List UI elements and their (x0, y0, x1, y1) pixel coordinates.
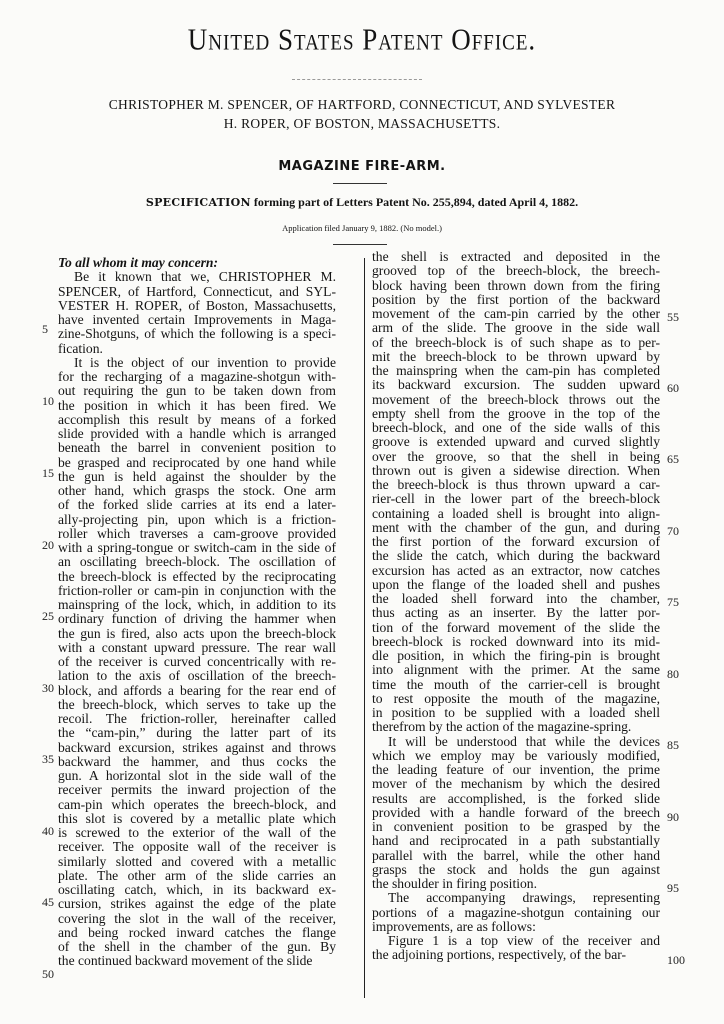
text-line: grooved top of the breech-block, the bre… (372, 264, 660, 278)
text-line: the first portion of the forward excursi… (372, 535, 660, 549)
text-line: its backward excursion. The sudden upwar… (372, 378, 660, 392)
text-line: block having been thrown down from the f… (372, 279, 660, 293)
title-divider (292, 79, 422, 80)
text-line: empty shell from the groove in the top o… (372, 407, 660, 421)
text-line: position by the first portion of the bac… (372, 293, 660, 307)
text-line: It will be understood that while the dev… (372, 735, 660, 749)
line-number: 10 (42, 394, 54, 409)
text-line: ment with the chamber of the gun, and du… (372, 521, 660, 535)
text-line: the breech-block is effected by the reci… (58, 570, 336, 584)
text-line: hand and reciprocated in a path substant… (372, 834, 660, 848)
invention-divider (333, 183, 387, 184)
text-line: tion of the forward movement of the slid… (372, 621, 660, 635)
text-line: improvements, are as follows: (372, 920, 660, 934)
text-line: To all whom it may concern: (58, 256, 336, 270)
text-line: cursion, strikes against the edge of the… (58, 897, 336, 911)
text-line: the mainspring when the cam-pin has comp… (372, 364, 660, 378)
text-line: The accompanying drawings, representing (372, 891, 660, 905)
text-line: oscillating catch, which, in its backwar… (58, 883, 336, 897)
text-line: receiver permits the inward projection o… (58, 783, 336, 797)
line-number: 5 (42, 322, 48, 337)
text-line: thus acting as an inserter. By the latte… (372, 606, 660, 620)
text-line: friction-roller or cam-pin in conjunctio… (58, 584, 336, 598)
line-number: 100 (667, 953, 685, 968)
text-line: covering the slot in the wall of the rec… (58, 912, 336, 926)
text-line: the slide the catch, which during the ba… (372, 549, 660, 563)
line-number: 85 (667, 738, 679, 753)
text-line: It is the object of our invention to pro… (58, 356, 336, 370)
line-number: 75 (667, 595, 679, 610)
text-line: which we employ may be variously modifie… (372, 749, 660, 763)
text-line: beneath the barrel in convenient positio… (58, 441, 336, 455)
text-line: excursion has acted as an extractor, now… (372, 564, 660, 578)
text-line: similarly slotted and covered with a met… (58, 855, 336, 869)
text-line: fication. (58, 342, 336, 356)
text-line: breech-block is rocked downward into its… (372, 635, 660, 649)
text-line: breech-block, and one of the side walls … (372, 421, 660, 435)
text-line: movement of the cam-pin carried by the o… (372, 307, 660, 321)
text-line: time the mouth of the carrier-cell is br… (372, 678, 660, 692)
text-line: into alignment with the primer. At the s… (372, 663, 660, 677)
text-line: Figure 1 is a top view of the receiver a… (372, 934, 660, 948)
inventors-line-1: CHRISTOPHER M. SPENCER, OF HARTFORD, CON… (40, 95, 684, 114)
text-line: for the recharging of a magazine-shotgun… (58, 370, 336, 384)
text-line: the gun is fired, also acts upon the bre… (58, 627, 336, 641)
text-line: mit the breech-block to be thrown upward… (372, 350, 660, 364)
header-divider (333, 244, 387, 245)
inventors-line-2: H. ROPER, OF BOSTON, MASSACHUSETTS. (40, 114, 684, 133)
text-line: results are accomplished, is the forked … (372, 792, 660, 806)
text-line: the “cam-pin,” during the latter part of… (58, 726, 336, 740)
text-line: receiver. The opposite wall of the recei… (58, 840, 336, 854)
text-line: arm of the slide. The groove in the side… (372, 321, 660, 335)
line-number: 55 (667, 310, 679, 325)
text-line: with a constant upward pressure. The rea… (58, 641, 336, 655)
text-line: with a spring-tongue or switch-cam in th… (58, 541, 336, 555)
text-line: other hand, which grasps the stock. One … (58, 484, 336, 498)
text-line: in convenient position to be grasped by … (372, 820, 660, 834)
text-line: cam-pin which operates the breech-block,… (58, 798, 336, 812)
text-line: of the forked slide carries at its end a… (58, 498, 336, 512)
column-divider (364, 258, 365, 998)
text-line: of the shell in the chamber of the gun. … (58, 940, 336, 954)
text-line: rier-cell in the lower part of the breec… (372, 492, 660, 506)
line-number: 15 (42, 466, 54, 481)
inventors-block: CHRISTOPHER M. SPENCER, OF HARTFORD, CON… (40, 95, 684, 133)
specification-line: SPECIFICATION forming part of Letters Pa… (0, 195, 724, 210)
text-line: recoil. The friction-roller, hereinafter… (58, 712, 336, 726)
text-line: this slot is covered by a metallic plate… (58, 812, 336, 826)
text-line: to rest opposite the mouth of the magazi… (372, 692, 660, 706)
text-line: the breech-block, which serves to take u… (58, 698, 336, 712)
line-number: 40 (42, 824, 54, 839)
line-number: 90 (667, 810, 679, 825)
text-line: mover of the mechanism by which the desi… (372, 777, 660, 791)
line-number: 20 (42, 538, 54, 553)
text-line: of the receiver is curved concentrically… (58, 655, 336, 669)
text-line: ordinary function of driving the hammer … (58, 612, 336, 626)
line-number: 30 (42, 681, 54, 696)
line-number: 35 (42, 752, 54, 767)
line-number: 80 (667, 667, 679, 682)
text-line: backward excursion, strikes against and … (58, 741, 336, 755)
text-line: out requiring the gun to be taken down f… (58, 384, 336, 398)
text-line: roller which traverses a cam-groove prov… (58, 527, 336, 541)
application-filed: Application filed January 9, 1882. (No m… (0, 223, 724, 233)
line-number: 25 (42, 609, 54, 624)
text-line: and being rocked inward catches the flan… (58, 926, 336, 940)
text-line: portions of a magazine-shotgun containin… (372, 906, 660, 920)
text-line: the shell is extracted and deposited in … (372, 250, 660, 264)
invention-title: MAGAZINE FIRE-ARM. (0, 159, 724, 174)
text-line: movement of the breech-block throws out … (372, 393, 660, 407)
text-line: lation to the axis of oscillation of the… (58, 669, 336, 683)
text-line: therefrom by the action of the magazine-… (372, 720, 660, 734)
specification-lead: SPECIFICATION (146, 196, 251, 209)
text-line: containing a loaded shell is brought int… (372, 507, 660, 521)
text-line: the adjoining portions, respectively, of… (372, 948, 660, 962)
text-line: the breech-block is thus thrown upward a… (372, 478, 660, 492)
text-line: is screwed to the exterior of the wall o… (58, 826, 336, 840)
text-line: upon the flange of the loaded shell and … (372, 578, 660, 592)
text-line: in position to be supplied with a loaded… (372, 706, 660, 720)
text-line: provided with a handle forward of the br… (372, 806, 660, 820)
text-line: the gun is held against the shoulder by … (58, 470, 336, 484)
text-line: SPENCER, of Hartford, Connecticut, and S… (58, 285, 336, 299)
text-line: mainspring of the lock, which, in additi… (58, 598, 336, 612)
specification-rest: forming part of Letters Patent No. 255,8… (251, 195, 578, 209)
line-number: 60 (667, 381, 679, 396)
left-column: To all whom it may concern:Be it known t… (58, 256, 336, 969)
text-line: plate. The other arm of the slide carrie… (58, 869, 336, 883)
text-line: be grasped and reciprocated by one hand … (58, 456, 336, 470)
text-line: grasps the stock and holds the gun again… (372, 863, 660, 877)
text-line: gun. A horizontal slot in the side wall … (58, 769, 336, 783)
right-column: the shell is extracted and deposited in … (372, 250, 660, 963)
text-line: dle position, in which the firing-pin is… (372, 649, 660, 663)
text-line: the leading feature of our invention, th… (372, 763, 660, 777)
line-number: 50 (42, 967, 54, 982)
text-line: over the groove, so that the shell in be… (372, 450, 660, 464)
text-line: the continued backward movement of the s… (58, 954, 336, 968)
text-line: ally-projecting pin, upon which is a fri… (58, 513, 336, 527)
text-line: groove is extended upward and curved sli… (372, 435, 660, 449)
text-line: backward the hammer, and thus cocks the (58, 755, 336, 769)
patent-office-title: United States Patent Office. (0, 22, 724, 58)
line-number: 65 (667, 452, 679, 467)
text-line: block, and affords a bearing for the rea… (58, 684, 336, 698)
text-line: parallel with the barrel, while the othe… (372, 849, 660, 863)
text-line: thrown out is given a sidewise direction… (372, 464, 660, 478)
text-line: have invented certain Improvements in Ma… (58, 313, 336, 327)
text-line: accomplish this result by means of a for… (58, 413, 336, 427)
line-number: 70 (667, 524, 679, 539)
text-line: VESTER H. ROPER, of Boston, Massachusett… (58, 299, 336, 313)
text-line: the position in which it has been fired.… (58, 399, 336, 413)
line-number: 95 (667, 881, 679, 896)
text-line: the loaded shell forward into the chambe… (372, 592, 660, 606)
text-line: zine-Shotguns, of which the following is… (58, 327, 336, 341)
text-line: of the breech-block is of such shape as … (372, 336, 660, 350)
text-line: the shoulder in firing position. (372, 877, 660, 891)
line-number: 45 (42, 895, 54, 910)
text-line: Be it known that we, CHRISTOPHER M. (58, 270, 336, 284)
text-line: an oscillating breech-block. The oscilla… (58, 555, 336, 569)
text-line: slide provided with a handle which is ar… (58, 427, 336, 441)
